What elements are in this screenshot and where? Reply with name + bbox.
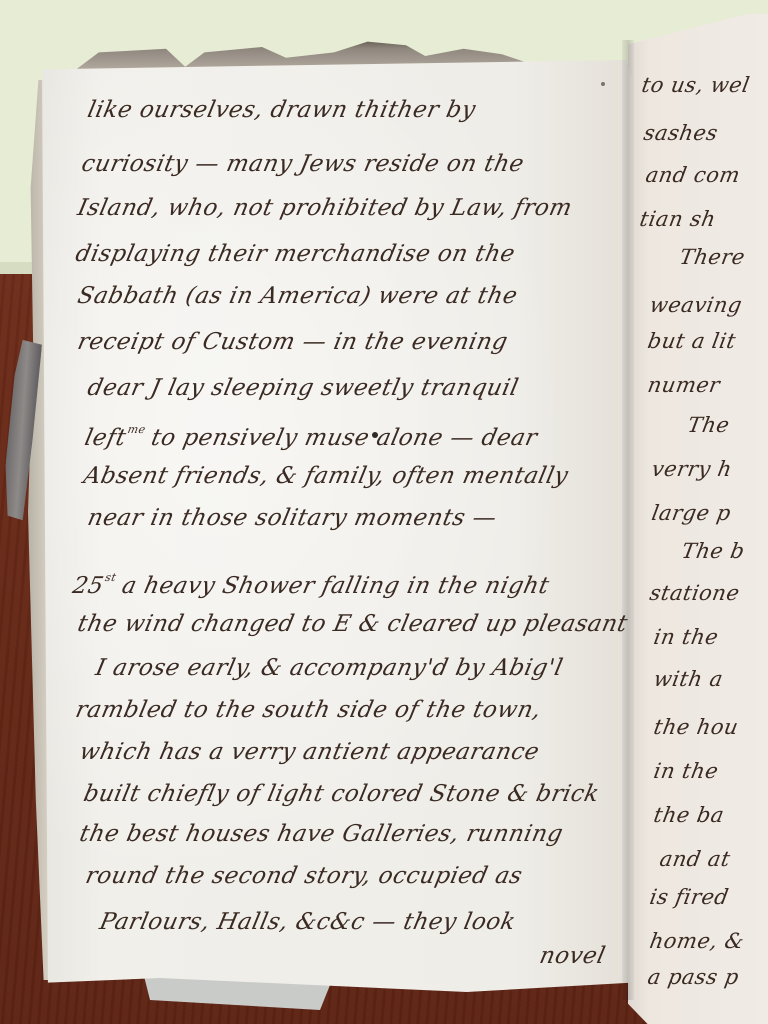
text-line: built chiefly of light colored Stone & b… xyxy=(81,780,602,808)
text-line: numer xyxy=(646,372,723,398)
text-line: a pass p xyxy=(646,964,741,990)
text-line: in the xyxy=(652,758,721,784)
text-line: but a lit xyxy=(646,328,738,354)
text-line: in the xyxy=(652,624,721,650)
text-line: is fired xyxy=(648,884,731,910)
text-line: receipt of Custom — in the evening xyxy=(75,328,510,356)
text-line: Island, who, not prohibited by Law, from xyxy=(75,194,575,222)
text-line: dear J lay sleeping sweetly tranquil xyxy=(85,374,521,402)
date-number: 25 xyxy=(70,573,106,599)
text-segment: to pensively muse alone — dear xyxy=(141,425,540,451)
text-line: leftme to pensively muse alone — dear xyxy=(82,416,541,452)
text-line: which has a verry antient appearance xyxy=(77,738,542,766)
text-line: and com xyxy=(644,162,743,188)
text-line: displaying their merchandise on the xyxy=(73,240,518,268)
text-line: the ba xyxy=(652,802,727,828)
text-line: near in those solitary moments — xyxy=(85,504,499,532)
text-line: curiosity — many Jews reside on the xyxy=(79,150,527,178)
text-line: to us, wel xyxy=(640,72,752,98)
text-line: statione xyxy=(648,580,742,606)
text-line: tian sh xyxy=(640,206,718,232)
text-line: 25st a heavy Shower falling in the night xyxy=(70,564,553,600)
text-line: novel xyxy=(537,942,608,970)
text-line: with a xyxy=(652,666,725,692)
text-line: The xyxy=(686,412,732,438)
text-line: The b xyxy=(680,538,747,564)
text-line: the best houses have Galleries, running xyxy=(77,820,566,848)
text-line: Sabbath (as in America) were at the xyxy=(75,282,520,310)
text-line: and at xyxy=(658,846,733,872)
text-line: large p xyxy=(650,500,733,526)
text-line: There xyxy=(678,244,748,270)
text-line: sashes xyxy=(642,120,720,146)
text-segment: left xyxy=(82,425,128,451)
text-line: home, & xyxy=(648,928,747,954)
book-gutter xyxy=(622,40,634,1000)
text-line: I arose early, & accompany'd by Abig'l xyxy=(93,654,565,682)
text-line: Absent friends, & family, often mentally xyxy=(81,462,571,490)
ink-spot xyxy=(601,82,605,86)
text-line: like ourselves, drawn thither by xyxy=(85,96,478,124)
text-line: the hou xyxy=(652,714,741,740)
text-line: the wind changed to E & cleared up pleas… xyxy=(75,610,630,638)
text-line: round the second story, occupied as xyxy=(83,862,525,890)
text-line: verry h xyxy=(650,456,735,482)
text-segment: a heavy Shower falling in the night xyxy=(112,573,552,599)
text-line: Parlours, Halls, &c&c — they look xyxy=(97,908,518,936)
text-line: weaving xyxy=(648,292,745,318)
right-page-text: to us, wel sashes and com tian sh There … xyxy=(640,60,768,1020)
text-line: rambled to the south side of the town, xyxy=(73,696,544,724)
